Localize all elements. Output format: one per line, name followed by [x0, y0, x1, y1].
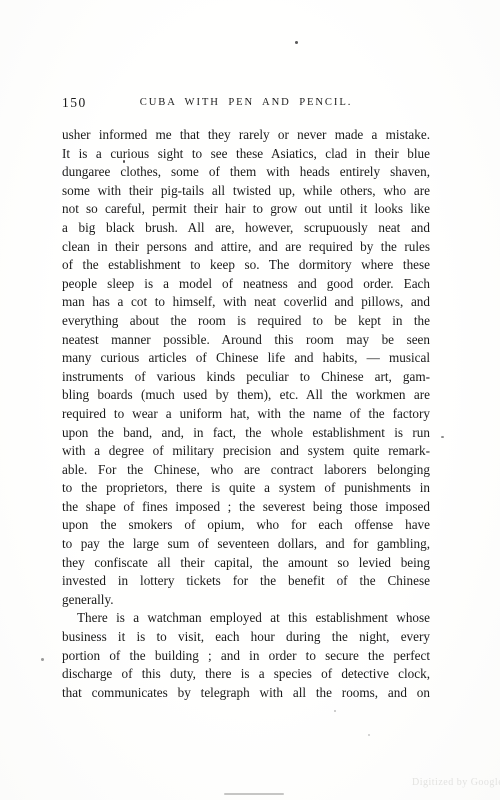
scan-artifact-dash	[224, 793, 284, 795]
scan-speck	[368, 734, 370, 736]
text-line: of the establishment to keep so. The dor…	[62, 256, 430, 275]
text-line: invested in lottery tickets for the bene…	[62, 572, 430, 591]
text-line: man has a cot to himself, with neat cove…	[62, 293, 430, 312]
text-line: to pay the large sum of seventeen dollar…	[62, 535, 430, 554]
text-line: dungaree clothes, some of them with head…	[62, 163, 430, 182]
text-line: to the proprietors, there is quite a sys…	[62, 479, 430, 498]
scan-speck	[441, 436, 444, 438]
text-line: discharge of this duty, there is a speci…	[62, 665, 430, 684]
text-line: required to wear a uniform hat, with the…	[62, 405, 430, 424]
scanned-book-page: { "page": { "number": "150", "running_he…	[0, 0, 500, 800]
text-line: the shape of fines imposed ; the severes…	[62, 498, 430, 517]
text-line: not so careful, permit their hair to gro…	[62, 200, 430, 219]
text-line: upon the band, and, in fact, the whole e…	[62, 424, 430, 443]
text-line: everything about the room is required to…	[62, 312, 430, 331]
page-header: 150 CUBA WITH PEN AND PENCIL.	[62, 95, 430, 111]
text-line: with a degree of military precision and …	[62, 442, 430, 461]
page-background: 150 CUBA WITH PEN AND PENCIL. usher info…	[0, 0, 500, 800]
scan-speck	[295, 41, 298, 44]
text-line: instruments of various kinds peculiar to…	[62, 368, 430, 387]
text-line: bling boards (much used by them), etc. A…	[62, 386, 430, 405]
scan-speck	[334, 710, 336, 712]
text-line: upon the smokers of opium, who for each …	[62, 516, 430, 535]
text-line-paragraph-end: generally.	[62, 591, 430, 610]
text-line: able. For the Chinese, who are contract …	[62, 461, 430, 480]
page-number: 150	[62, 95, 87, 111]
text-line: people sleep is a model of neatness and …	[62, 275, 430, 294]
text-line: neatest manner possible. Around this roo…	[62, 331, 430, 350]
text-line: that communicates by telegraph with all …	[62, 684, 430, 703]
body-text: usher informed me that they rarely or ne…	[62, 126, 430, 702]
text-line: some with their pig-tails all twisted up…	[62, 182, 430, 201]
text-line: clean in their persons and attire, and a…	[62, 238, 430, 257]
text-line: business it is to visit, each hour durin…	[62, 628, 430, 647]
digitized-by-google-watermark: Digitized by Google	[412, 777, 500, 788]
text-line-paragraph-start: There is a watchman employed at this est…	[62, 609, 430, 628]
scan-speck	[41, 658, 44, 661]
text-line: portion of the building ; and in order t…	[62, 647, 430, 666]
text-line: they confiscate all their capital, the a…	[62, 554, 430, 573]
text-line: many curious articles of Chinese life an…	[62, 349, 430, 368]
text-line: It is a curious sight to see these Asiat…	[62, 145, 430, 164]
text-line: usher informed me that they rarely or ne…	[62, 126, 430, 145]
text-line: a big black brush. All are, however, scr…	[62, 219, 430, 238]
running-header: CUBA WITH PEN AND PENCIL.	[62, 95, 430, 108]
scan-speck	[123, 160, 125, 163]
